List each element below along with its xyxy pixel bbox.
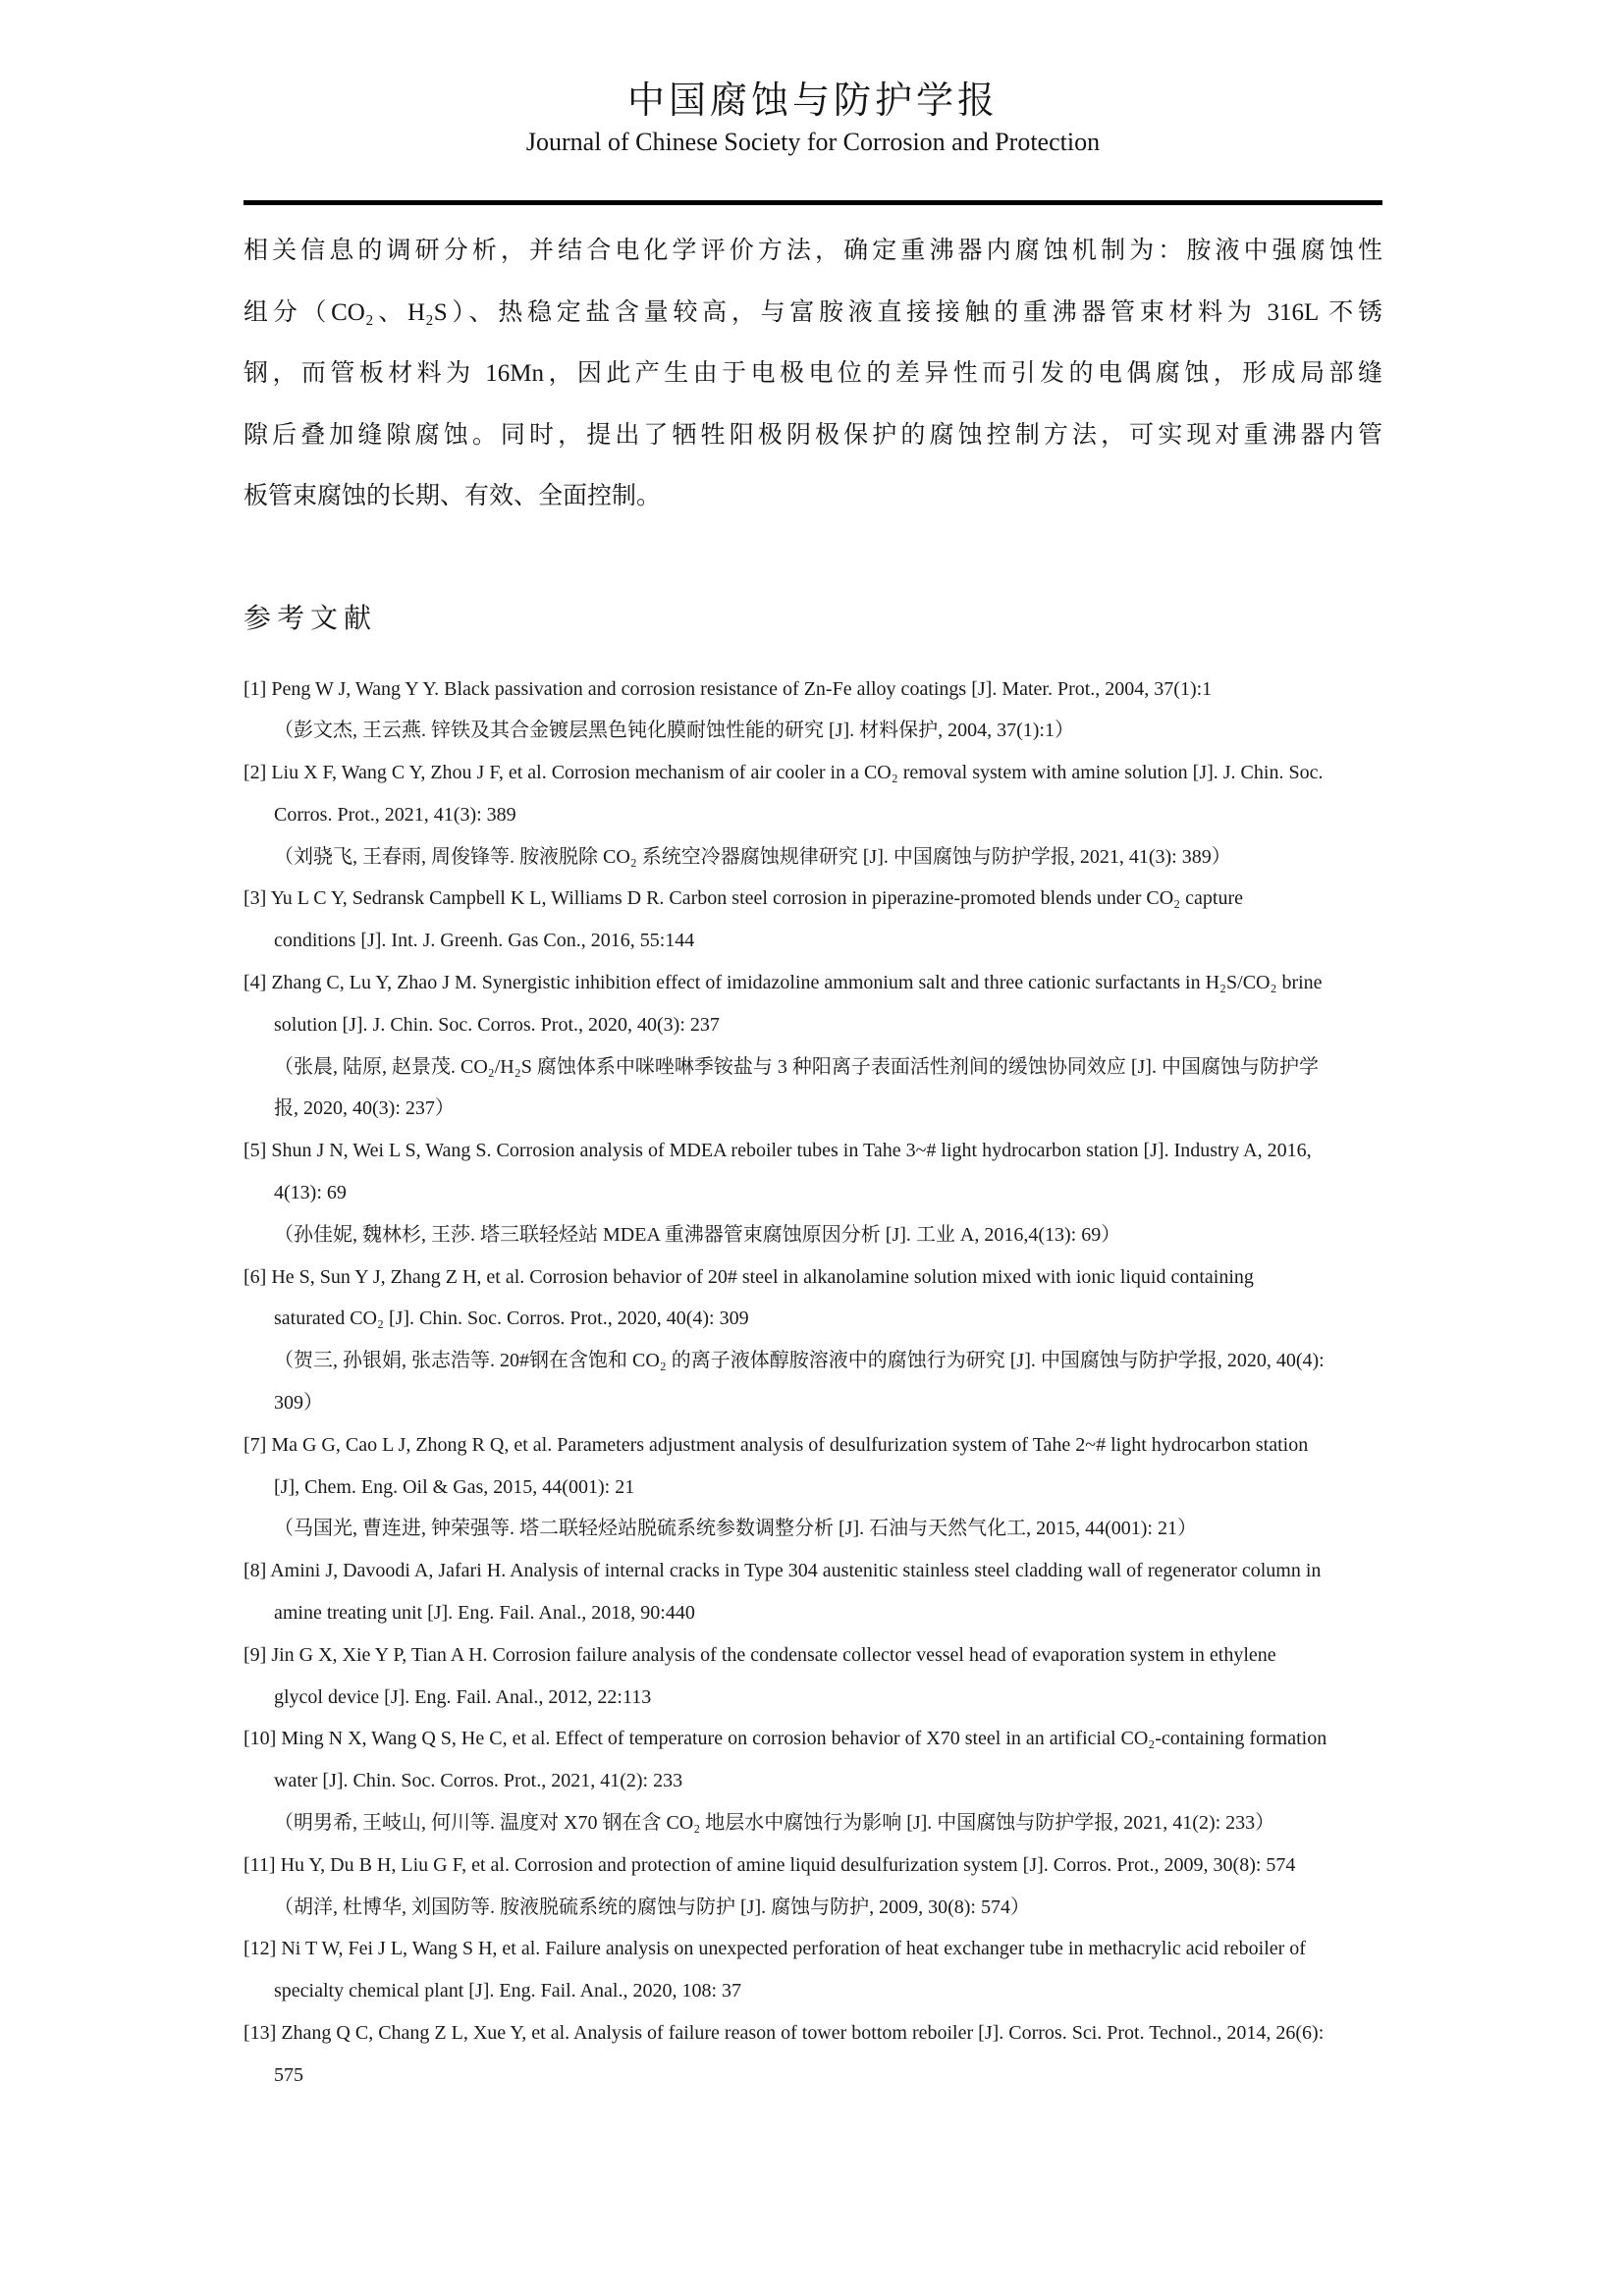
reference-line: [7] Ma G G, Cao L J, Zhong R Q, et al. P… — [244, 1424, 1382, 1467]
reference-line: 309） — [244, 1382, 1382, 1424]
reference-list: [1] Peng W J, Wang Y Y. Black passivatio… — [244, 668, 1382, 2097]
reference-entry: [9] Jin G X, Xie Y P, Tian A H. Corrosio… — [244, 1634, 1382, 1719]
reference-entry: [2] Liu X F, Wang C Y, Zhou J F, et al. … — [244, 752, 1382, 878]
reference-line: （贺三, 孙银娟, 张志浩等. 20#钢在含饱和 CO₂ 的离子液体醇胺溶液中的… — [244, 1340, 1382, 1382]
reference-line: （彭文杰, 王云燕. 锌铁及其合金镀层黑色钝化膜耐蚀性能的研究 [J]. 材料保… — [244, 710, 1382, 752]
reference-entry: [10] Ming N X, Wang Q S, He C, et al. Ef… — [244, 1718, 1382, 1843]
reference-line: [4] Zhang C, Lu Y, Zhao J M. Synergistic… — [244, 962, 1382, 1004]
header-divider — [244, 200, 1382, 205]
reference-entry: [7] Ma G G, Cao L J, Zhong R Q, et al. P… — [244, 1424, 1382, 1550]
reference-line: （明男希, 王岐山, 何川等. 温度对 X70 钢在含 CO₂ 地层水中腐蚀行为… — [244, 1802, 1382, 1844]
reference-line: [13] Zhang Q C, Chang Z L, Xue Y, et al.… — [244, 2012, 1382, 2055]
reference-entry: [12] Ni T W, Fei J L, Wang S H, et al. F… — [244, 1928, 1382, 2012]
reference-line: （孙佳妮, 魏林杉, 王莎. 塔三联轻烃站 MDEA 重沸器管束腐蚀原因分析 [… — [244, 1214, 1382, 1256]
page-header: 中国腐蚀与防护学报 Journal of Chinese Society for… — [244, 0, 1382, 205]
reference-line: [2] Liu X F, Wang C Y, Zhou J F, et al. … — [244, 752, 1382, 794]
reference-line: [6] He S, Sun Y J, Zhang Z H, et al. Cor… — [244, 1256, 1382, 1299]
reference-line: specialty chemical plant [J]. Eng. Fail.… — [244, 1970, 1382, 2012]
reference-line: [1] Peng W J, Wang Y Y. Black passivatio… — [244, 668, 1382, 711]
body-text-line: 板管束腐蚀的长期、有效、全面控制。 — [244, 466, 1382, 528]
reference-entry: [6] He S, Sun Y J, Zhang Z H, et al. Cor… — [244, 1256, 1382, 1424]
reference-line: amine treating unit [J]. Eng. Fail. Anal… — [244, 1592, 1382, 1634]
reference-entry: [11] Hu Y, Du B H, Liu G F, et al. Corro… — [244, 1844, 1382, 1929]
reference-line: 575 — [244, 2055, 1382, 2097]
reference-line: [10] Ming N X, Wang Q S, He C, et al. Ef… — [244, 1718, 1382, 1760]
reference-entry: [1] Peng W J, Wang Y Y. Black passivatio… — [244, 668, 1382, 753]
reference-line: 报, 2020, 40(3): 237） — [244, 1088, 1382, 1130]
references-heading: 参考文献 — [244, 602, 1382, 637]
reference-entry: [8] Amini J, Davoodi A, Jafari H. Analys… — [244, 1550, 1382, 1634]
body-text-line: 隙后叠加缝隙腐蚀。同时，提出了牺牲阳极阴极保护的腐蚀控制方法，可实现对重沸器内管 — [244, 405, 1382, 467]
reference-line: [5] Shun J N, Wei L S, Wang S. Corrosion… — [244, 1130, 1382, 1172]
reference-line: [3] Yu L C Y, Sedransk Campbell K L, Wil… — [244, 878, 1382, 920]
reference-line: [J], Chem. Eng. Oil & Gas, 2015, 44(001)… — [244, 1467, 1382, 1509]
reference-line: glycol device [J]. Eng. Fail. Anal., 201… — [244, 1677, 1382, 1719]
reference-line: [11] Hu Y, Du B H, Liu G F, et al. Corro… — [244, 1844, 1382, 1887]
reference-entry: [5] Shun J N, Wei L S, Wang S. Corrosion… — [244, 1130, 1382, 1255]
journal-page: 中国腐蚀与防护学报 Journal of Chinese Society for… — [0, 0, 1624, 2296]
reference-line: saturated CO₂ [J]. Chin. Soc. Corros. Pr… — [244, 1298, 1382, 1340]
body-text-line: 组分（CO₂、H₂S）、热稳定盐含量较高，与富胺液直接接触的重沸器管束材料为 3… — [244, 283, 1382, 345]
reference-line: [12] Ni T W, Fei J L, Wang S H, et al. F… — [244, 1928, 1382, 1970]
reference-line: （胡洋, 杜博华, 刘国防等. 胺液脱硫系统的腐蚀与防护 [J]. 腐蚀与防护,… — [244, 1887, 1382, 1929]
reference-line: Corros. Prot., 2021, 41(3): 389 — [244, 794, 1382, 836]
reference-entry: [3] Yu L C Y, Sedransk Campbell K L, Wil… — [244, 878, 1382, 962]
journal-title-chinese: 中国腐蚀与防护学报 — [244, 79, 1382, 124]
reference-line: （张晨, 陆原, 赵景茂. CO₂/H₂S 腐蚀体系中咪唑啉季铵盐与 3 种阳离… — [244, 1046, 1382, 1089]
journal-title-english: Journal of Chinese Society for Corrosion… — [244, 124, 1382, 161]
body-text-line: 钢，而管板材料为 16Mn，因此产生由于电极电位的差异性而引发的电偶腐蚀，形成局… — [244, 344, 1382, 405]
reference-line: [8] Amini J, Davoodi A, Jafari H. Analys… — [244, 1550, 1382, 1592]
reference-line: 4(13): 69 — [244, 1172, 1382, 1214]
reference-entry: [4] Zhang C, Lu Y, Zhao J M. Synergistic… — [244, 962, 1382, 1130]
reference-entry: [13] Zhang Q C, Chang Z L, Xue Y, et al.… — [244, 2012, 1382, 2097]
body-text-line: 相关信息的调研分析，并结合电化学评价方法，确定重沸器内腐蚀机制为：胺液中强腐蚀性 — [244, 221, 1382, 283]
reference-line: （刘骁飞, 王春雨, 周俊锋等. 胺液脱除 CO₂ 系统空冷器腐蚀规律研究 [J… — [244, 836, 1382, 879]
reference-line: solution [J]. J. Chin. Soc. Corros. Prot… — [244, 1004, 1382, 1046]
reference-line: [9] Jin G X, Xie Y P, Tian A H. Corrosio… — [244, 1634, 1382, 1677]
reference-line: water [J]. Chin. Soc. Corros. Prot., 202… — [244, 1760, 1382, 1802]
reference-line: （马国光, 曹连进, 钟荣强等. 塔二联轻烃站脱硫系统参数调整分析 [J]. 石… — [244, 1508, 1382, 1550]
body-paragraph: 相关信息的调研分析，并结合电化学评价方法，确定重沸器内腐蚀机制为：胺液中强腐蚀性… — [244, 221, 1382, 528]
reference-line: conditions [J]. Int. J. Greenh. Gas Con.… — [244, 920, 1382, 962]
